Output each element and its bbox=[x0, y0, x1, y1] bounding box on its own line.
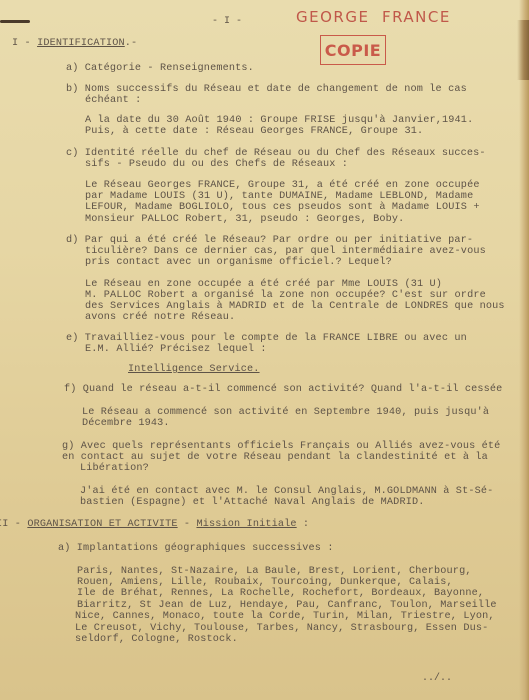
answer-line: Puis, à cette date : Réseau Georges FRAN… bbox=[85, 126, 423, 137]
item-label: b) bbox=[66, 84, 79, 95]
location-line: Rouen, Amiens, Lille, Roubaix, Tourcoing… bbox=[77, 577, 453, 588]
item-label: f) bbox=[64, 384, 77, 395]
document-page: - I - GEORGE FRANCE COPIE I - IDENTIFICA… bbox=[0, 0, 529, 700]
continuation-mark: ../.. bbox=[422, 673, 452, 684]
item-label: d) bbox=[66, 235, 79, 246]
item-c-question: c) Identité réelle du chef de Réseau ou … bbox=[66, 148, 486, 159]
question-line: E.M. Allié? Précisez lequel : bbox=[85, 344, 267, 355]
section-1-title: IDENTIFICATION bbox=[37, 38, 125, 49]
item-label: a) bbox=[66, 63, 79, 74]
section-1-suffix: .- bbox=[125, 38, 138, 49]
question-line: échéant : bbox=[85, 95, 141, 106]
answer-line: Le Réseau a commencé son activité en Sep… bbox=[82, 407, 489, 418]
answer-line: par Madame LOUIS (31 U), tante DUMAINE, … bbox=[85, 191, 473, 202]
item-label: e) bbox=[66, 333, 79, 344]
page-number: - I - bbox=[212, 16, 242, 27]
location-line: Le Creusot, Vichy, Toulouse, Tarbes, Nan… bbox=[75, 623, 488, 634]
section-2-heading: II - ORGANISATION ET ACTIVITE - Mission … bbox=[0, 519, 309, 530]
question-line: Implantations géographiques successives … bbox=[77, 543, 334, 554]
location-line: Paris, Nantes, St-Nazaire, La Baule, Bre… bbox=[77, 566, 472, 577]
item-label: c) bbox=[66, 148, 79, 159]
section-2-item-a-question: a) Implantations géographiques successiv… bbox=[58, 543, 334, 554]
answer-line: des Services Anglais à MADRID et de la C… bbox=[85, 301, 505, 312]
answer-line: Intelligence Service. bbox=[128, 364, 260, 375]
section-2-roman: II - bbox=[0, 519, 21, 530]
question-line: Travailliez-vous pour le compte de la FR… bbox=[85, 333, 467, 344]
answer-line: Monsieur PALLOC Robert, 31, pseudo : Geo… bbox=[85, 214, 404, 225]
section-2-subtitle: Mission Initiale bbox=[196, 519, 296, 530]
answer-line: J'ai été en contact avec M. le Consul An… bbox=[80, 486, 493, 497]
copie-stamp: COPIE bbox=[320, 35, 386, 65]
item-label: a) bbox=[58, 543, 71, 554]
question-line: Avec quels représentants officiels Franç… bbox=[81, 441, 501, 452]
question-line: Identité réelle du chef de Réseau ou du … bbox=[85, 148, 486, 159]
question-line: pris contact avec un organisme officiel.… bbox=[85, 257, 392, 268]
handwritten-annotation: GEORGE FRANCE bbox=[296, 8, 451, 26]
question-line: Quand le réseau a-t-il commencé son acti… bbox=[83, 384, 503, 395]
item-e-question: e) Travailliez-vous pour le compte de la… bbox=[66, 333, 467, 344]
item-d-question: d) Par qui a été créé le Réseau? Par ord… bbox=[66, 235, 473, 246]
item-question: Catégorie - Renseignements. bbox=[85, 63, 254, 74]
answer-line: M. PALLOC Robert a organisé la zone non … bbox=[85, 290, 486, 301]
question-line: Libération? bbox=[80, 463, 149, 474]
question-line: sifs - Pseudo du ou des Chefs de Réseaux… bbox=[85, 159, 348, 170]
question-line: en contact au sujet de votre Réseau pend… bbox=[62, 452, 488, 463]
question-line: ticulière? Dans ce dernier cas, par quel… bbox=[85, 246, 486, 257]
answer-line: Décembre 1943. bbox=[82, 418, 170, 429]
location-line: Nice, Cannes, Monaco, toute la Corde, Tu… bbox=[75, 611, 495, 622]
question-line: Par qui a été créé le Réseau? Par ordre … bbox=[85, 235, 473, 246]
paper-clip bbox=[517, 20, 529, 80]
location-line: Biarritz, St Jean de Luz, Hendaye, Pau, … bbox=[77, 600, 497, 611]
item-b-question: b) Noms successifs du Réseau et date de … bbox=[66, 84, 467, 95]
question-line: Noms successifs du Réseau et date de cha… bbox=[85, 84, 467, 95]
answer-line: bastien (Espagne) et l'Attaché Naval Ang… bbox=[80, 497, 425, 508]
answer-line: avons créé notre Réseau. bbox=[85, 312, 235, 323]
section-2-title: ORGANISATION ET ACTIVITE bbox=[27, 519, 177, 530]
answer-line: Le Réseau Georges FRANCE, Groupe 31, a é… bbox=[85, 180, 480, 191]
section-1-heading: I - IDENTIFICATION.- bbox=[12, 38, 137, 49]
item-g-question: g) Avec quels représentants officiels Fr… bbox=[62, 441, 500, 452]
section-2-separator: - bbox=[178, 519, 197, 530]
item-f-question: f) Quand le réseau a-t-il commencé son a… bbox=[64, 384, 502, 395]
section-1-roman: I - bbox=[12, 38, 31, 49]
item-a: a) Catégorie - Renseignements. bbox=[66, 63, 254, 74]
answer-line: Le Réseau en zone occupée a été créé par… bbox=[85, 279, 442, 290]
answer-line: LEFOUR, Madame BOGLIOLO, tous ces pseudo… bbox=[85, 202, 480, 213]
location-line: seldorf, Cologne, Rostock. bbox=[75, 634, 238, 645]
answer-line: A la date du 30 Août 1940 : Groupe FRISE… bbox=[85, 115, 473, 126]
section-2-suffix: : bbox=[297, 519, 310, 530]
location-line: Ile de Bréhat, Rennes, La Rochelle, Roch… bbox=[77, 588, 484, 599]
item-label: g) bbox=[62, 441, 75, 452]
staple bbox=[0, 20, 30, 23]
page-edge bbox=[519, 0, 529, 700]
